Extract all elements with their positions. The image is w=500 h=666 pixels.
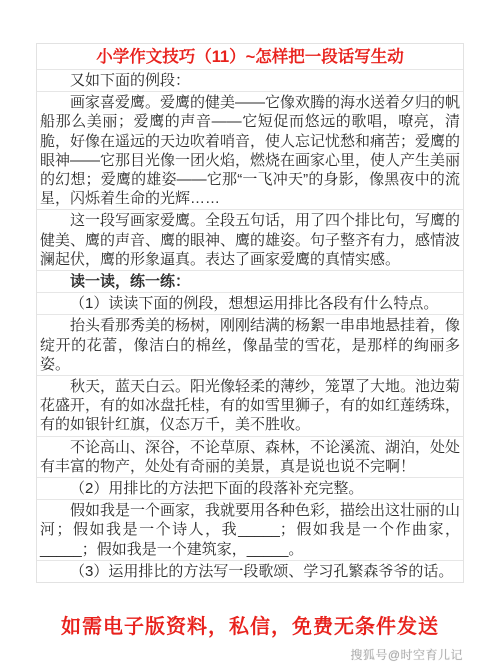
example-paragraph-autumn: 秋天，蓝天白云。阳光像轻柔的薄纱，笼罩了大地。池边菊花盛开，有的如冰盘托桂，有的… [37,376,463,437]
exercise-item-3: （3）运用排比的方法写一段歌颂、学习孔繁森爷爷的话。 [37,561,463,582]
example-paragraph-eagle: 画家喜爱鹰。爱鹰的健美——它像欢腾的海水送着夕归的帆船那么美丽；爱鹰的声音——它… [37,92,463,210]
intro-line: 又如下面的例段： [37,70,463,92]
example-paragraph-poplar: 抬头看那秀美的杨树，刚刚结满的杨絮一串串地悬挂着，像绽开的花蕾，像洁白的棉丝，像… [37,315,463,376]
analysis-paragraph: 这一段写画家爱鹰。全段五句话，用了四个排比句，写鹰的健美、鹰的声音、鹰的眼神、鹰… [37,210,463,271]
promo-banner: 如需电子版资料，私信，免费无条件发送 [0,610,500,639]
exercise-item-1: （1）读读下面的例段，想想运用排比各段有什么特点。 [37,293,463,315]
page-title: 小学作文技巧（11）~怎样把一段话写生动 [37,44,463,70]
article-table: 小学作文技巧（11）~怎样把一段话写生动 又如下面的例段： 画家喜爱鹰。爱鹰的健… [36,43,464,583]
exercise-item-2: （2）用排比的方法把下面的段落补充完整。 [37,478,463,500]
fill-blank-paragraph: 假如我是一个画家，我就要用各种色彩，描绘出这壮丽的山河；假如我是一个诗人，我__… [37,500,463,561]
watermark-sohu-account: 搜狐号@时空育儿记 [350,646,463,663]
practice-heading: 读一读，练一练： [37,271,463,293]
example-paragraph-landscape: 不论高山、深谷，不论草原、森林，不论溪流、湖泊，处处有丰富的物产，处处有奇丽的美… [37,437,463,478]
